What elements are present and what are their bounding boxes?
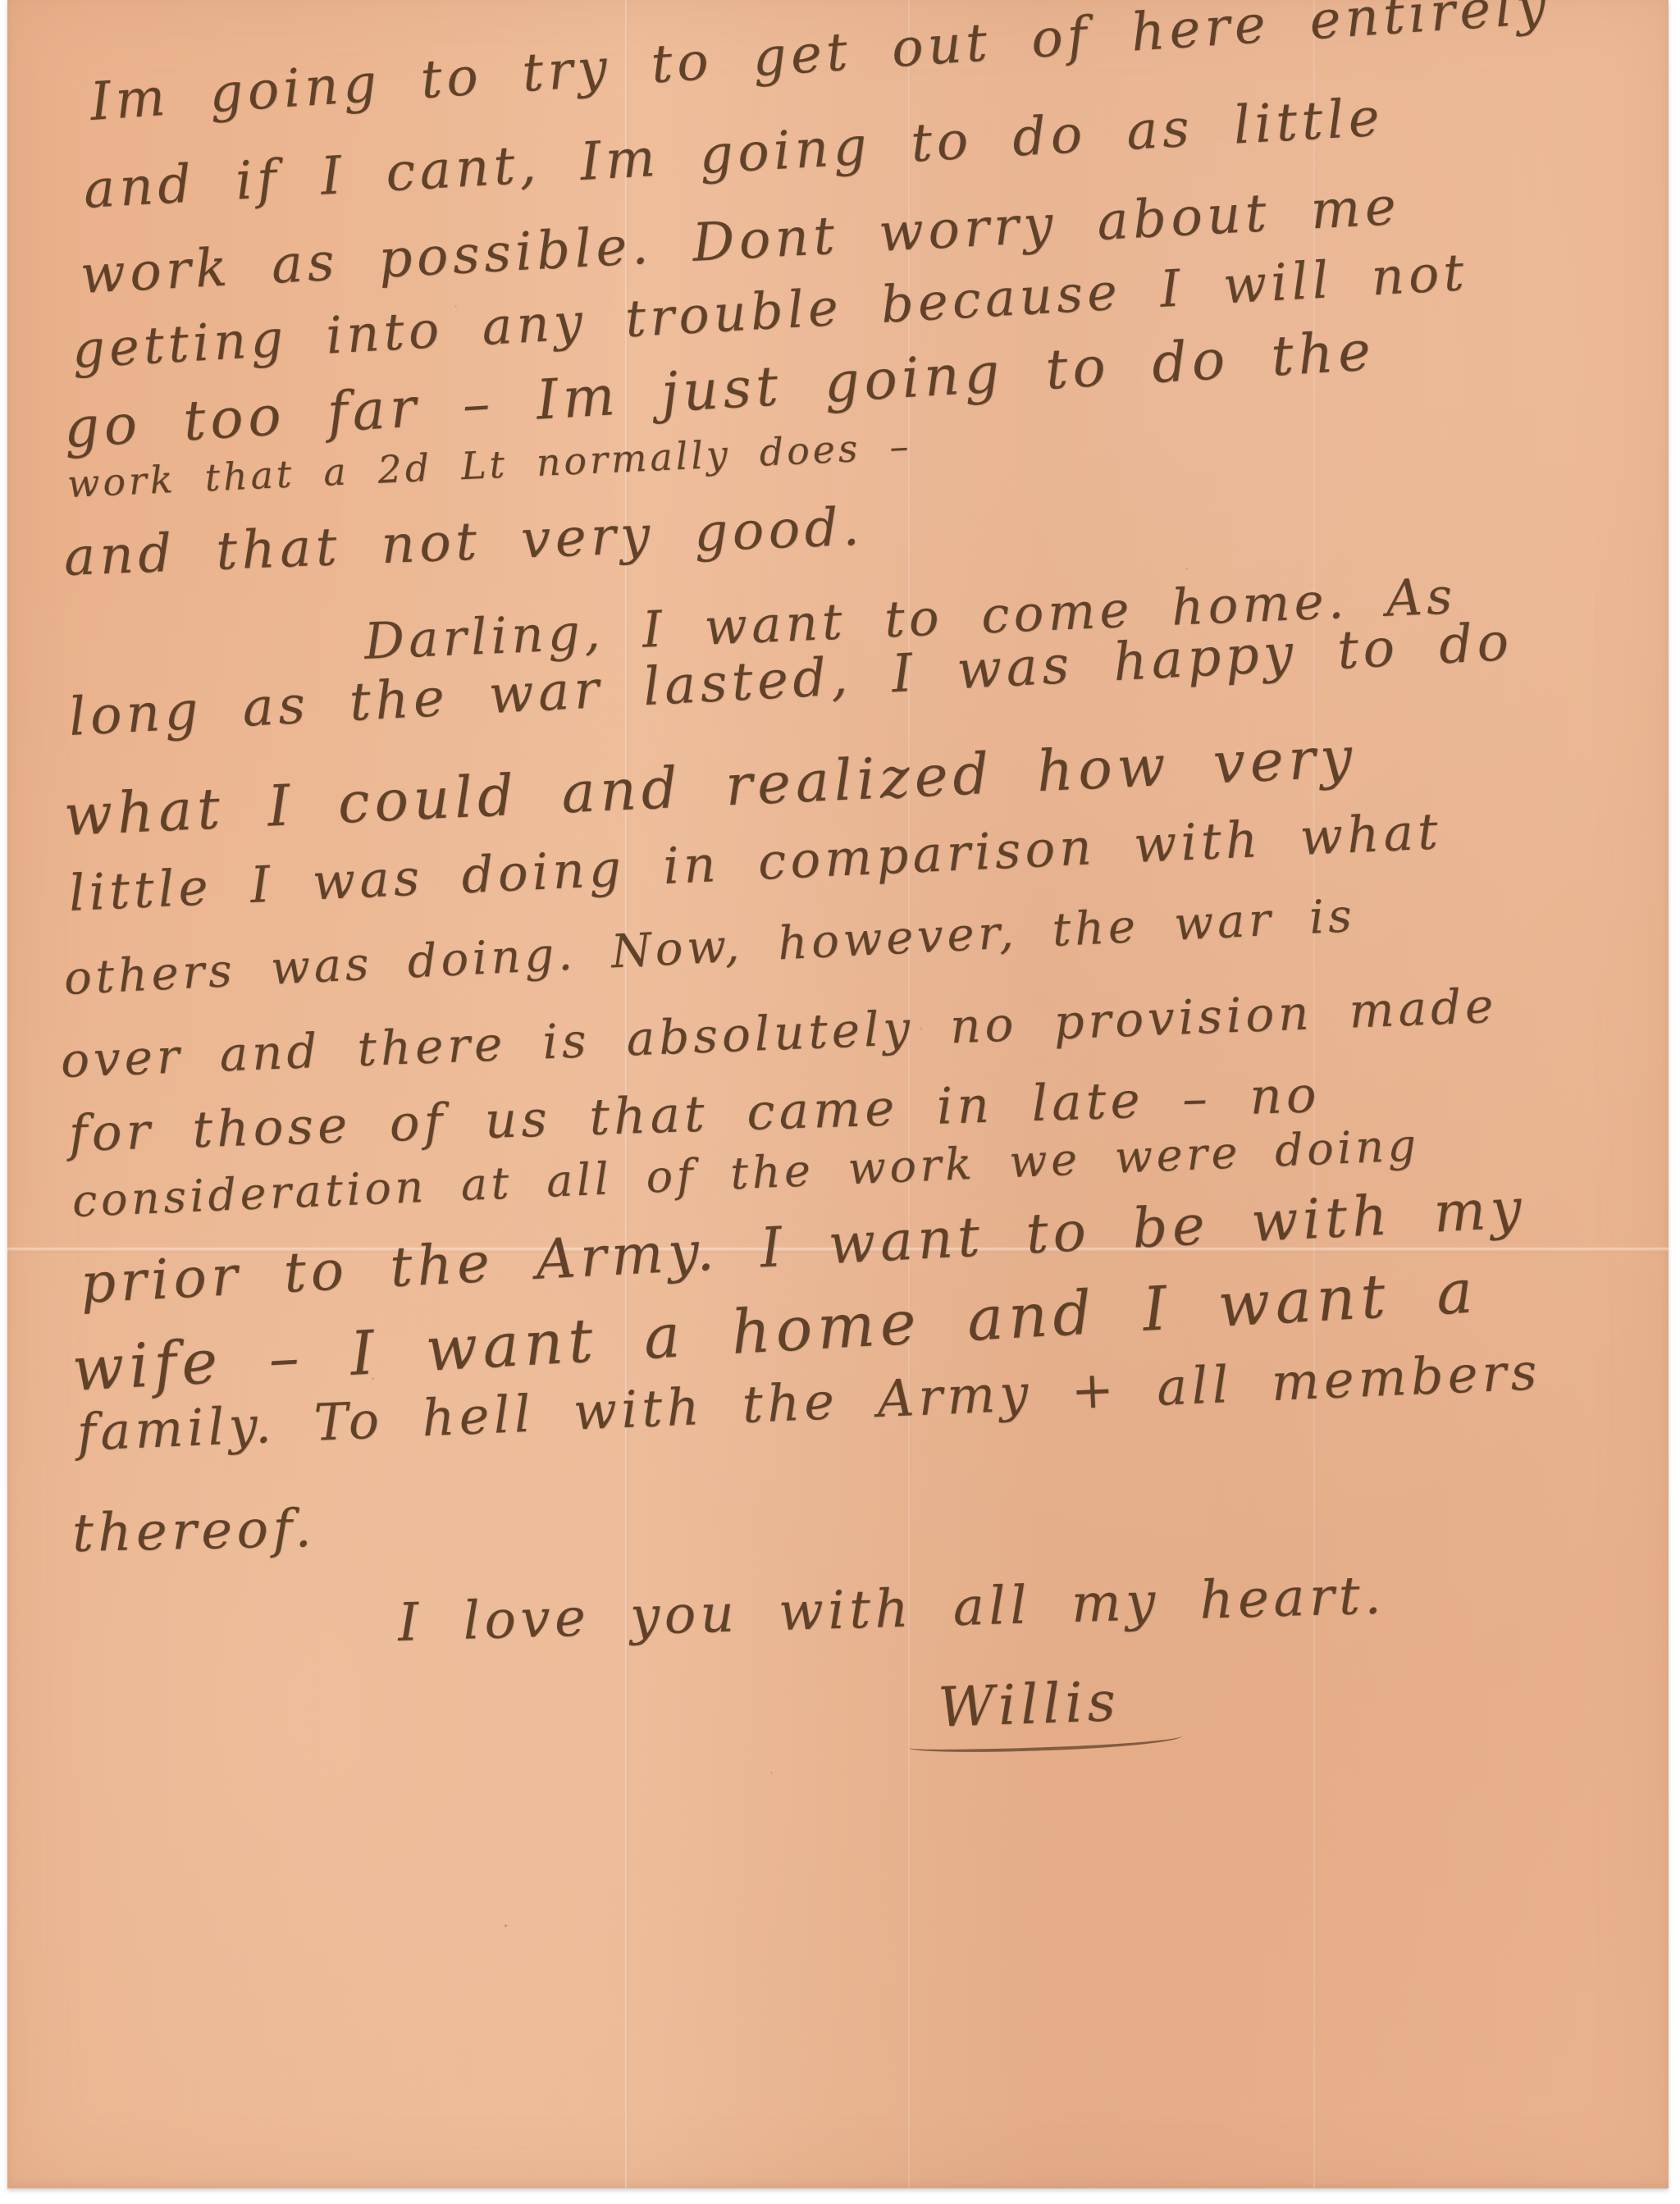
handwriting-line-19: thereof.	[71, 1499, 317, 1564]
scanner-background: Im going to try to get out of here entir…	[0, 0, 1680, 2204]
letter-paper: Im going to try to get out of here entir…	[7, 0, 1669, 2188]
signature: Willis	[906, 1667, 1182, 1755]
handwriting-line-7: and that not very good.	[62, 497, 865, 588]
handwriting-line-20: I love you with all my heart.	[397, 1566, 1386, 1654]
